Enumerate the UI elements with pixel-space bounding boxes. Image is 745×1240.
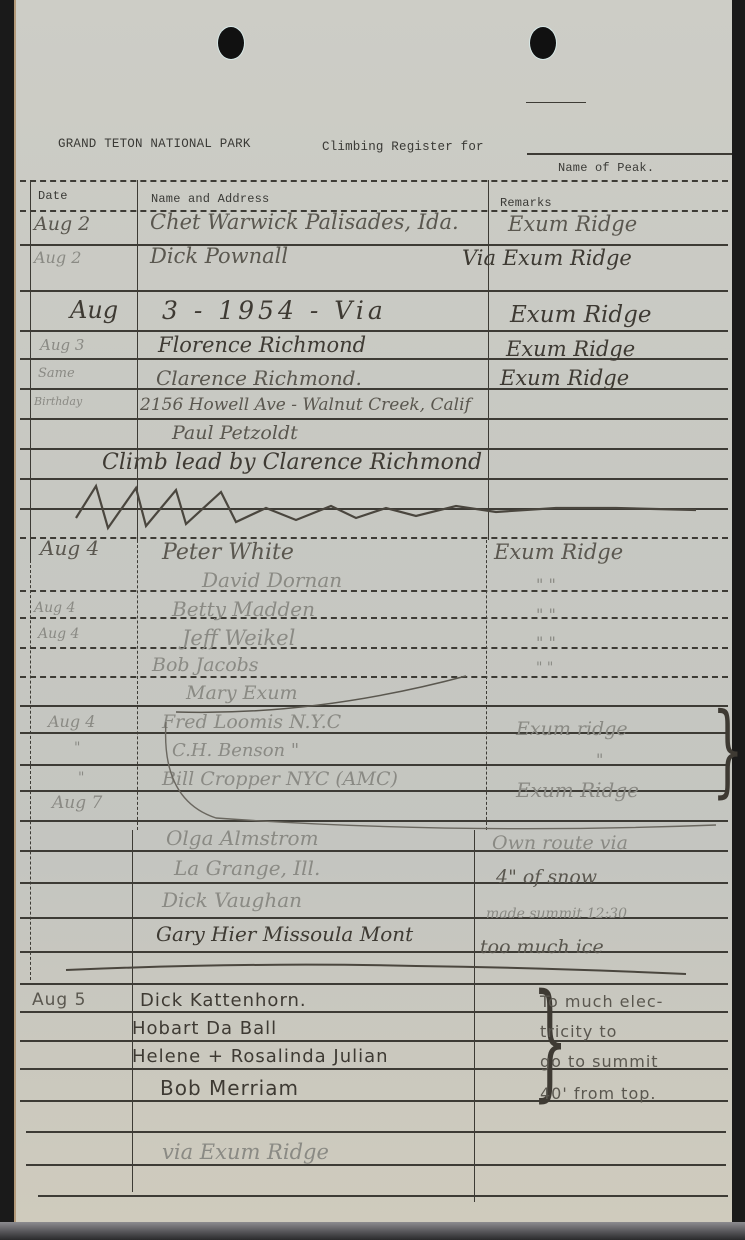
row-rule <box>38 1195 728 1197</box>
entry-name: La Grange, Ill. <box>174 856 320 880</box>
entry-name: via Exum Ridge <box>162 1140 329 1164</box>
register-label: Climbing Register for <box>322 140 484 154</box>
entry-remarks: 40' from top. <box>540 1084 656 1103</box>
entry-name: Dick Pownall <box>150 244 288 268</box>
peak-name-field[interactable] <box>536 135 726 151</box>
entry-remarks: Exum Ridge <box>508 212 637 236</box>
entry-name: Peter White <box>162 540 294 565</box>
row-rule <box>20 647 728 649</box>
row-rule <box>20 330 728 332</box>
entry-remarks: Exum Ridge <box>494 540 623 564</box>
entry-name: Hobart Da Ball <box>132 1018 277 1039</box>
entry-name: Chet Warwick Palisades, Ida. <box>150 210 459 234</box>
entry-remarks: tricity to <box>540 1022 617 1041</box>
entry-remarks: Via Exum Ridge <box>462 246 632 270</box>
register-sheet: GRAND TETON NATIONAL PARK Climbing Regis… <box>14 0 732 1222</box>
entry-remarks: Exum ridge <box>516 718 628 740</box>
entry-remarks: To much elec- <box>540 992 663 1011</box>
entry-date: Aug <box>70 296 118 324</box>
entry-remarks: Own route via <box>492 832 628 854</box>
binder-hole-right <box>530 27 556 59</box>
entry-date: Aug 5 <box>32 990 86 1010</box>
entry-name: Dick Kattenhorn. <box>140 990 307 1011</box>
entry-name: Helene + Rosalinda Julian <box>132 1046 389 1067</box>
entry-date: Birthday <box>34 395 82 408</box>
row-rule <box>20 590 728 592</box>
column-header-name: Name and Address <box>151 192 269 206</box>
entry-name: Climb lead by Clarence Richmond <box>102 450 482 475</box>
row-rule <box>26 1131 726 1133</box>
entry-date: Aug 2 <box>34 248 81 267</box>
entry-date: Aug 7 <box>52 793 102 813</box>
grouping-loop <box>156 700 736 835</box>
column-header-date: Date <box>38 189 68 203</box>
entry-remarks: Exum Ridge <box>510 302 651 328</box>
pencil-mark <box>526 102 586 103</box>
entry-name: David Dornan <box>202 568 342 592</box>
entry-name: Clarence Richmond. <box>156 366 362 390</box>
entry-remarks: Exum Ridge <box>506 337 635 361</box>
entry-date: Aug 4 <box>40 536 99 560</box>
entry-date: " <box>74 740 80 756</box>
left-border <box>30 180 31 560</box>
entry-date: Same <box>38 366 75 381</box>
entry-remarks: Exum Ridge <box>500 366 629 390</box>
entry-remarks: " " <box>536 605 556 624</box>
entry-name: Betty Madden <box>172 597 315 621</box>
entry-name: 2156 Howell Ave - Walnut Creek, Calif <box>140 395 471 415</box>
entry-remarks: " <box>596 750 603 769</box>
entry-remarks: too much ice <box>480 936 604 958</box>
entry-name: Jeff Weikel <box>182 626 295 650</box>
entry-name: Dick Vaughan <box>162 888 302 912</box>
entry-name: Paul Petzoldt <box>172 422 298 444</box>
entry-remarks: " " <box>536 633 556 652</box>
row-rule <box>20 418 728 420</box>
entry-remarks: go to summit <box>540 1052 659 1071</box>
entry-date: Aug 2 <box>34 213 90 235</box>
entry-remarks: " " <box>536 575 556 594</box>
frame-bottom-edge <box>0 1222 745 1240</box>
column-header-remarks: Remarks <box>500 196 552 210</box>
row-rule <box>20 882 728 884</box>
entry-date: Aug 4 <box>38 626 79 642</box>
name-column-divider-lower <box>474 830 475 1202</box>
entry-remarks: " " <box>536 660 553 676</box>
entry-name: Bob Merriam <box>160 1076 299 1100</box>
row-rule <box>20 983 728 985</box>
row-rule <box>26 1164 726 1166</box>
peak-name-line <box>527 153 732 155</box>
entry-name: Olga Almstrom <box>166 826 319 850</box>
signature-scrawl <box>56 478 736 538</box>
brace-right: } <box>712 700 744 800</box>
entry-date: " <box>78 770 84 786</box>
header-top-border <box>20 180 728 182</box>
binder-hole-left <box>218 27 244 59</box>
entry-date: Aug 4 <box>34 600 75 616</box>
entry-date: Aug 4 <box>48 712 95 731</box>
row-rule <box>20 290 728 292</box>
entry-name: Florence Richmond <box>158 333 366 357</box>
row-rule <box>20 1040 728 1042</box>
entry-remarks: Exum Ridge <box>516 778 639 802</box>
row-rule <box>20 1011 728 1013</box>
row-rule <box>20 617 728 619</box>
entry-date: Aug 3 <box>40 336 84 354</box>
entry-name: 3 - 1954 - Via <box>162 296 387 325</box>
date-column-divider-dashed <box>137 540 138 830</box>
entry-remarks: made summit 12:30 <box>486 906 627 922</box>
peak-name-caption: Name of Peak. <box>558 161 654 175</box>
entry-remarks: 4" of snow <box>496 866 597 888</box>
park-title: GRAND TETON NATIONAL PARK <box>58 137 251 151</box>
entry-name: Gary Hier Missoula Mont <box>156 922 413 946</box>
